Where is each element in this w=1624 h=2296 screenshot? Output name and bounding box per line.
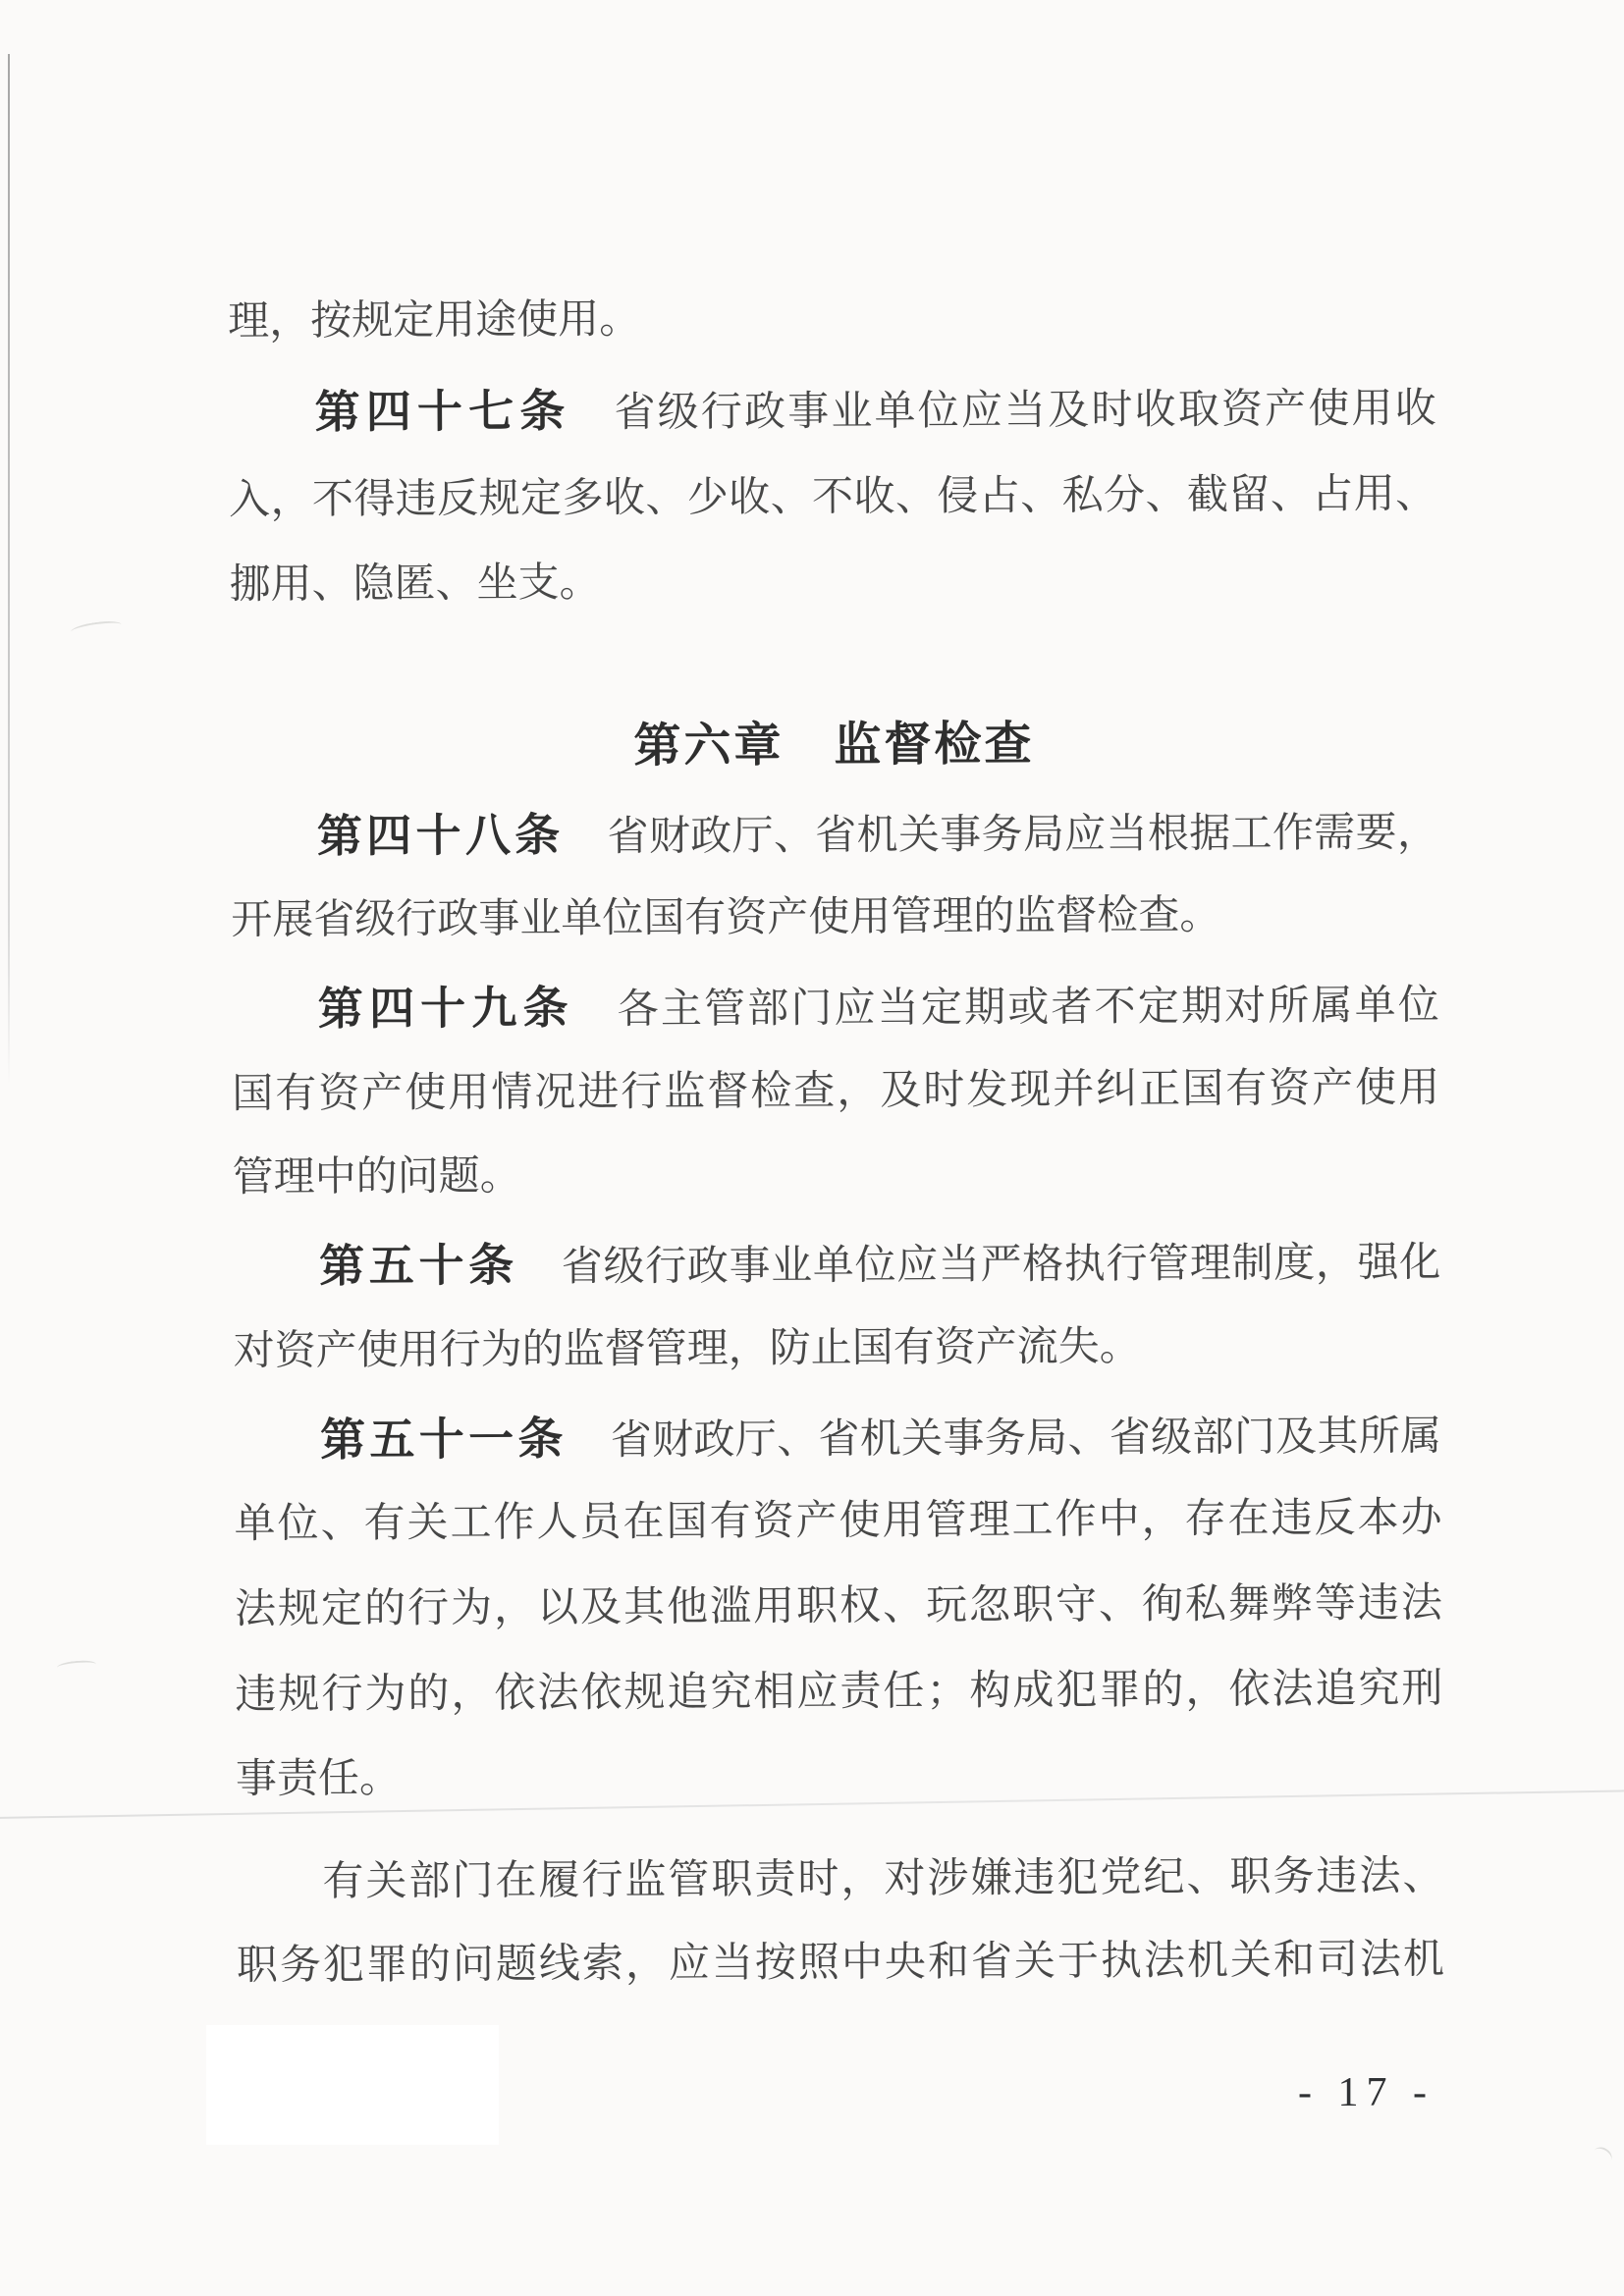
article-text: 各主管部门应当定期或者不定期对所属单位 bbox=[618, 984, 1439, 1033]
article-number: 第五十一条 bbox=[320, 1413, 568, 1465]
paragraph-line: 单位、有关工作人员在国有资产使用管理工作中，存在违反本办 bbox=[234, 1489, 1441, 1554]
paragraph-line: 管理中的问题。 bbox=[233, 1147, 521, 1207]
page-number: - 17 - bbox=[1298, 2069, 1435, 2116]
paragraph-line: 第五十一条省财政厅、省机关事务局、省级部门及其所属 bbox=[320, 1405, 1441, 1472]
paragraph-line: 法规定的行为，以及其他滥用职权、玩忽职守、徇私舞弊等违法 bbox=[235, 1575, 1442, 1639]
paragraph-line: 挪用、隐匿、坐支。 bbox=[229, 554, 600, 614]
paragraph-line: 第四十九条各主管部门应当定期或者不定期对所属单位 bbox=[318, 974, 1439, 1041]
article-text: 省级行政事业单位应当严格执行管理制度，强化 bbox=[562, 1241, 1441, 1291]
paragraph-line: 违规行为的，依法依规追究相应责任；构成犯罪的，依法追究刑 bbox=[235, 1660, 1442, 1725]
paragraph-line: 事责任。 bbox=[236, 1749, 401, 1809]
paragraph-line: 第四十八条省财政厅、省机关事务局应当根据工作需要， bbox=[317, 801, 1438, 869]
article-text: 省级行政事业单位应当及时收取资产使用收 bbox=[614, 387, 1435, 436]
paragraph-line: 职务犯罪的问题线索，应当按照中央和省关于执法机关和司法机 bbox=[237, 1931, 1444, 1996]
article-number: 第四十八条 bbox=[317, 809, 565, 861]
paragraph-line: 第五十条省级行政事业单位应当严格执行管理制度，强化 bbox=[319, 1231, 1440, 1299]
paragraph-line: 入，不得违反规定多收、少收、不收、侵占、私分、截留、占用、 bbox=[229, 465, 1436, 530]
document-text-block: 理，按规定用途使用。第四十七条省级行政事业单位应当及时收取资产使用收入，不得违反… bbox=[0, 0, 1624, 2296]
article-number: 第四十七条 bbox=[314, 385, 570, 437]
paragraph-line: 第四十七条省级行政事业单位应当及时收取资产使用收 bbox=[314, 377, 1435, 445]
paragraph-line: 国有资产使用情况进行监督检查，及时发现并纠正国有资产使用 bbox=[232, 1059, 1439, 1124]
paragraph-line: 理，按规定用途使用。 bbox=[228, 291, 640, 351]
chapter-heading: 第六章 监督检查 bbox=[230, 714, 1437, 778]
scanned-document-page: 理，按规定用途使用。第四十七条省级行政事业单位应当及时收取资产使用收入，不得违反… bbox=[0, 0, 1624, 2296]
article-number: 第四十九条 bbox=[318, 982, 574, 1034]
paragraph-line: 有关部门在履行监管职责时，对涉嫌违犯党纪、职务违法、 bbox=[322, 1847, 1443, 1912]
article-number: 第五十条 bbox=[319, 1240, 518, 1292]
paragraph-line: 开展省级行政事业单位国有资产使用管理的监督检查。 bbox=[231, 886, 1220, 950]
paragraph-line: 对资产使用行为的监督管理，防止国有资产流失。 bbox=[233, 1317, 1140, 1381]
article-text: 省财政厅、省机关事务局、省级部门及其所属 bbox=[611, 1415, 1442, 1464]
article-text: 省财政厅、省机关事务局应当根据工作需要， bbox=[607, 811, 1438, 860]
